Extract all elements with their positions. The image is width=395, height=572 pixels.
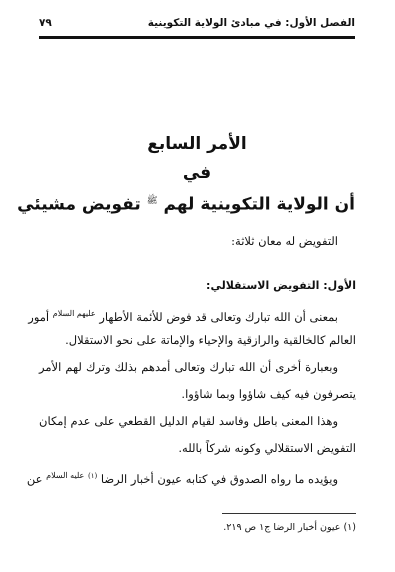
intro-line: التفويض له معان ثلاثة:: [39, 228, 356, 255]
paragraph-2-line-1: وبعبارة أخرى أن الله تبارك وتعالى أمدهم …: [39, 354, 356, 381]
paragraph-3-line-1: وهذا المعنى باطل وفاسد لقيام الدليل القط…: [39, 408, 356, 435]
heading-line-3-part2: تفويض مشيئي: [17, 195, 141, 215]
paragraph-3-line-2: التفويض الاستقلالي وكونه شركاً بالله.: [39, 435, 356, 462]
paragraph-1: بمعنى أن الله تبارك وتعالى قد فوض للأئمة…: [39, 300, 356, 354]
book-page: الفصل الأول: في مبادئ الولاية التكوينية …: [0, 0, 395, 572]
header-rule: [39, 36, 355, 39]
footnote-rule: [222, 513, 356, 514]
paragraph-4: ويؤيده ما رواه الصدوق في كتابه عيون أخبا…: [39, 462, 356, 489]
line-tail: أمور: [28, 310, 49, 324]
running-title: الفصل الأول: في مبادئ الولاية التكوينية: [148, 17, 355, 29]
honorific-symbol: ﷺ: [147, 196, 158, 206]
honorific-symbol: عليهم السلام: [53, 309, 96, 318]
intro-paragraph: التفويض له معان ثلاثة:: [39, 228, 356, 255]
line-text: بمعنى أن الله تبارك وتعالى قد فوض للأئمة…: [99, 310, 338, 324]
footnote-reference[interactable]: (١): [88, 472, 97, 480]
running-header: الفصل الأول: في مبادئ الولاية التكوينية …: [39, 17, 355, 33]
line-tail: عن: [27, 472, 43, 486]
paragraph-2: وبعبارة أخرى أن الله تبارك وتعالى أمدهم …: [39, 354, 356, 408]
page-number: ٧٩: [39, 17, 52, 29]
paragraph-1-line-2: العالم كالخالقية والرازقية والإحياء والإ…: [39, 327, 356, 354]
heading-line-3: أن الولاية التكوينية لهم ﷺ تفويض مشيئي: [39, 194, 355, 215]
line-text: ويؤيده ما رواه الصدوق في كتابه عيون أخبا…: [101, 472, 338, 486]
paragraph-2-line-2: يتصرفون فيه كيف شاؤوا وبما شاؤوا.: [39, 381, 356, 408]
heading-line-1: الأمر السابع: [39, 134, 355, 154]
paragraph-3: وهذا المعنى باطل وفاسد لقيام الدليل القط…: [39, 408, 356, 462]
heading-line-2: في: [39, 163, 355, 183]
section-title: الأول: التفويض الاستقلالي:: [39, 272, 356, 299]
paragraph-4-line-1: ويؤيده ما رواه الصدوق في كتابه عيون أخبا…: [39, 462, 356, 489]
heading-line-3-part1: أن الولاية التكوينية لهم: [163, 195, 355, 215]
footnote-1: (١) عيون أخبار الرضا ج١ ص ٢١٩.: [223, 522, 356, 533]
honorific-symbol: عليه السلام: [46, 471, 84, 480]
paragraph-1-line-1: بمعنى أن الله تبارك وتعالى قد فوض للأئمة…: [39, 300, 356, 327]
section-title-text: الأول: التفويض الاستقلالي:: [39, 272, 356, 299]
